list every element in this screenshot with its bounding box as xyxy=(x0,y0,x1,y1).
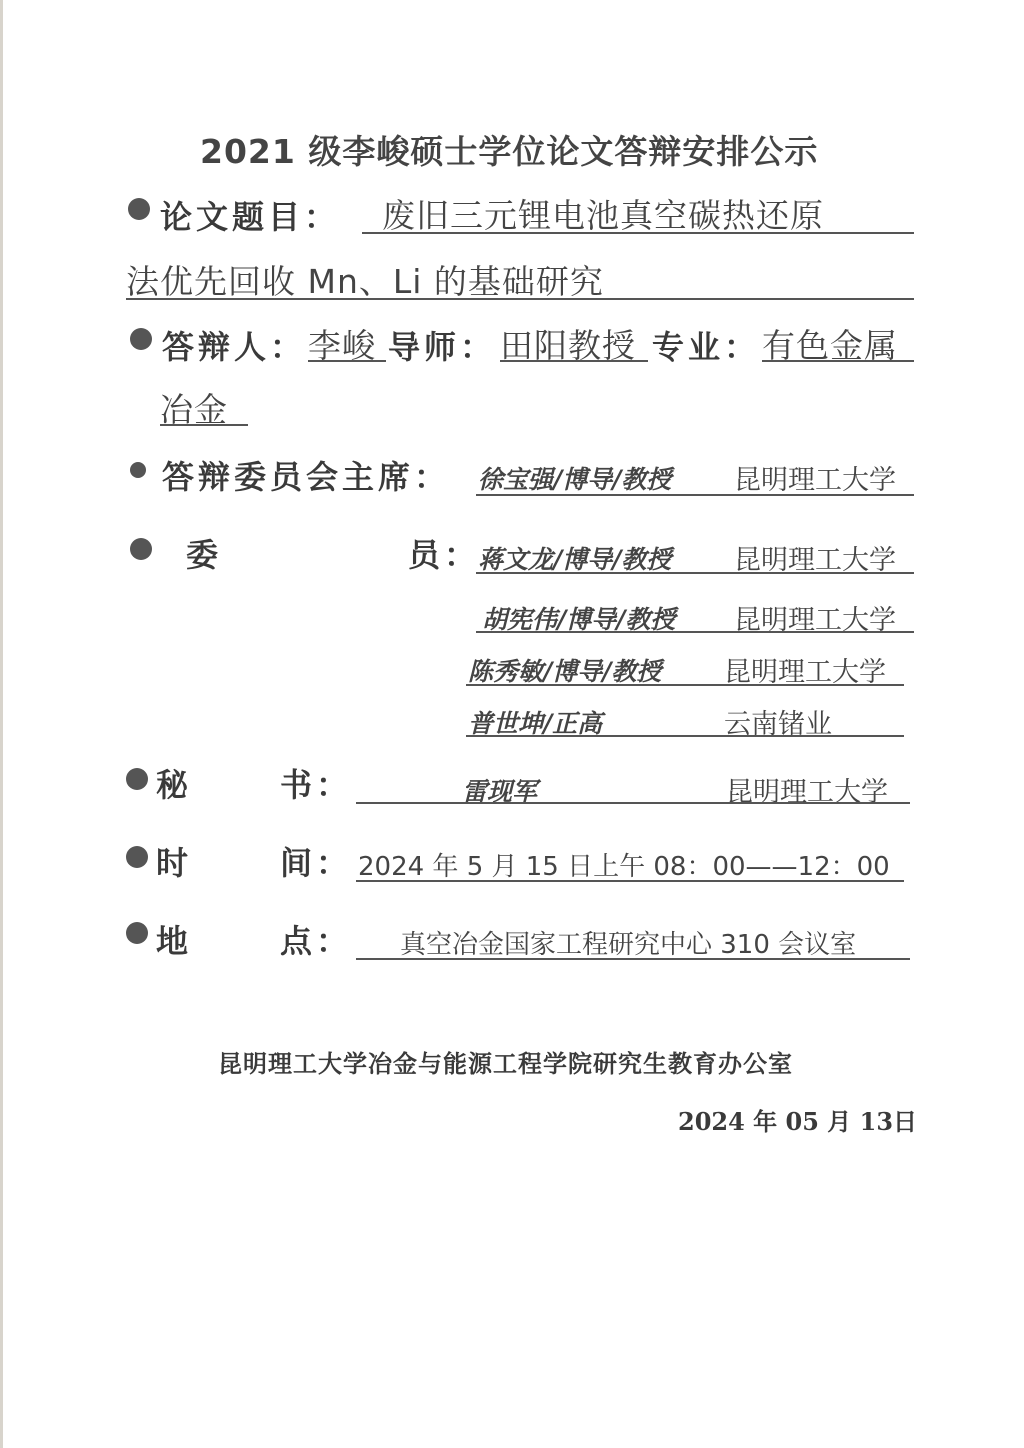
issue-date: 2024 年 05 月 13日 xyxy=(678,1102,917,1137)
document-title: 2021 级李峻硕士学位论文答辩安排公示 xyxy=(200,126,818,173)
members-label-2: 员： xyxy=(408,530,480,576)
thesis-title-line1: 废旧三元锂电池真空碳热还原 xyxy=(382,190,824,237)
underline xyxy=(466,735,904,737)
advisor-label: 导师： xyxy=(388,322,496,368)
underline xyxy=(466,684,904,686)
location-label-2: 点： xyxy=(280,916,352,962)
time-label-1: 时 xyxy=(156,838,192,884)
secretary-label-2: 书： xyxy=(280,760,352,806)
underline xyxy=(476,631,914,633)
major-label: 专业： xyxy=(652,322,760,368)
chair-name: 徐宝强/博导/教授 xyxy=(478,460,671,496)
time-value: 2024 年 5 月 15 日上午 08：00——12：00 xyxy=(358,846,890,883)
member-name: 蒋文龙/博导/教授 xyxy=(478,540,671,576)
underline xyxy=(356,958,910,960)
underline xyxy=(160,424,248,426)
underline xyxy=(362,232,914,234)
bullet-icon xyxy=(126,922,148,944)
time-label-2: 间： xyxy=(280,838,352,884)
member-name: 陈秀敏/博导/教授 xyxy=(468,652,661,688)
bullet-icon xyxy=(130,328,152,350)
underline xyxy=(126,298,914,300)
members-label-1: 委 xyxy=(186,530,222,576)
chair-org: 昆明理工大学 xyxy=(734,458,896,497)
bullet-icon xyxy=(130,538,152,560)
underline xyxy=(500,360,648,362)
underline xyxy=(476,494,914,496)
issuer: 昆明理工大学冶金与能源工程学院研究生教育办公室 xyxy=(218,1044,793,1079)
underline xyxy=(308,360,386,362)
defender-label: 答辩人： xyxy=(162,322,306,368)
location-label-1: 地 xyxy=(156,916,192,962)
thesis-label: 论文题目： xyxy=(160,192,340,238)
location-value: 真空冶金国家工程研究中心 310 会议室 xyxy=(400,924,856,961)
page-edge xyxy=(0,0,3,1448)
bullet-icon xyxy=(128,198,150,220)
thesis-title-line2: 法优先回收 Mn、Li 的基础研究 xyxy=(126,256,604,303)
underline xyxy=(356,880,904,882)
chair-label: 答辩委员会主席： xyxy=(162,452,450,498)
bullet-icon xyxy=(126,768,148,790)
bullet-icon xyxy=(126,846,148,868)
secretary-label-1: 秘 xyxy=(156,760,192,806)
bullet-icon xyxy=(130,462,146,478)
underline xyxy=(356,802,910,804)
underline xyxy=(476,572,914,574)
underline xyxy=(762,360,914,362)
